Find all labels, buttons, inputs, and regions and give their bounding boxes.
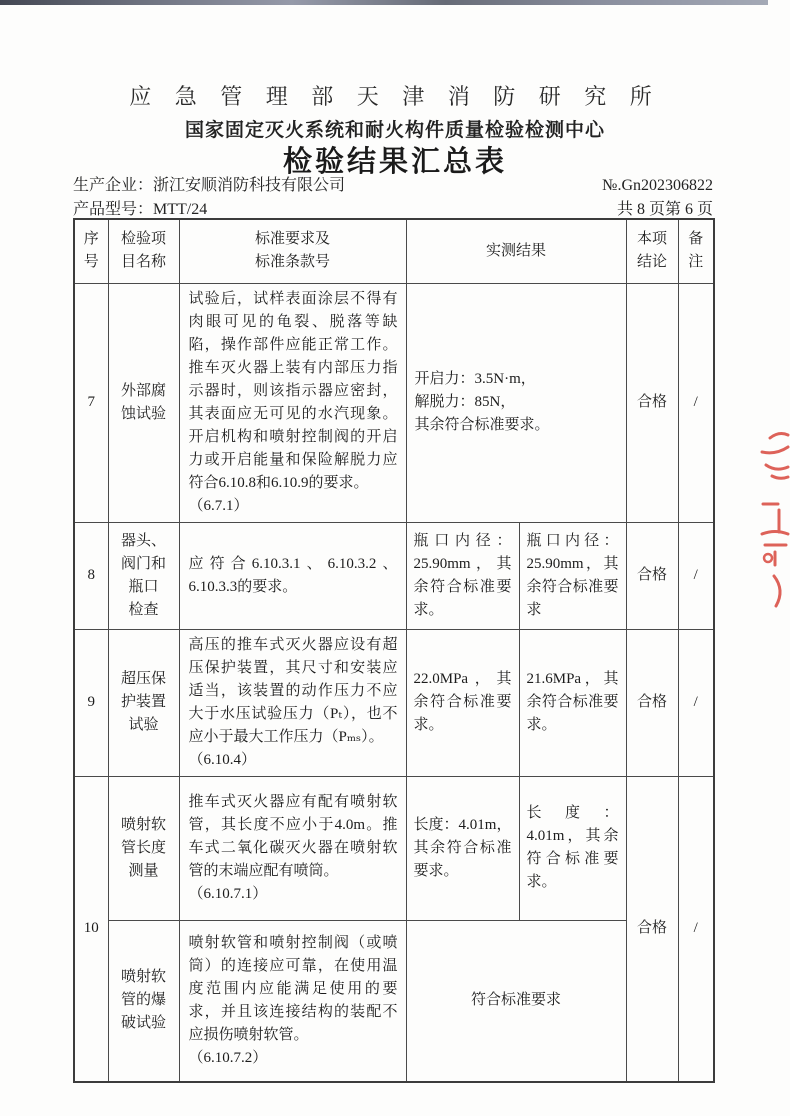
row10a-result-1: 长度：4.01m，其余符合标准要求。 xyxy=(406,776,519,920)
row9-item: 超压保 护装置 试验 xyxy=(108,629,179,776)
row7-result: 开启力：3.5N·m， 解脱力：85N， 其余符合标准要求。 xyxy=(406,283,626,522)
info-line-model: 产品型号：MTT/24 共 8 页第 6 页 xyxy=(73,196,713,219)
header-seq: 序 号 xyxy=(74,219,108,283)
table-row-10a: 10 喷射软 管长度 测量 推车式灭火器应有配有喷射软管，其长度不应小于4.0m… xyxy=(74,776,714,920)
row10a-standard: 推车式灭火器应有配有喷射软管，其长度不应小于4.0m。推车式二氧化碳灭火器在喷射… xyxy=(179,776,406,920)
manufacturer-value: 浙江安顺消防科技有限公司 xyxy=(153,177,345,194)
header-remark: 备 注 xyxy=(678,219,714,283)
scan-edge-artifact xyxy=(0,0,768,5)
model-field: 产品型号：MTT/24 xyxy=(73,196,207,219)
header-conclusion: 本项 结论 xyxy=(626,219,678,283)
row7-remark: / xyxy=(678,283,714,522)
table-row-10b: 喷射软 管的爆 破试验 喷射软管和喷射控制阀（或喷筒）的连接应可靠，在使用温度范… xyxy=(74,920,714,1082)
row7-standard: 试验后，试样表面涂层不得有肉眼可见的龟裂、脱落等缺陷，操作部件应能正常工作。推车… xyxy=(179,283,406,522)
row9-result-1: 22.0MPa，其余符合标准要求。 xyxy=(406,629,519,776)
header-result: 实测结果 xyxy=(406,219,626,283)
row8-result-1: 瓶口内径：25.90mm，其余符合标准要求。 xyxy=(406,522,519,629)
row8-result-2: 瓶口内径：25.90mm，其余符合标准要求 xyxy=(519,522,626,629)
table-row-7: 7 外部腐 蚀试验 试验后，试样表面涂层不得有肉眼可见的龟裂、脱落等缺陷，操作部… xyxy=(74,283,714,522)
row9-result-2: 21.6MPa，其余符合标准要求。 xyxy=(519,629,626,776)
row7-seq: 7 xyxy=(74,283,108,522)
model-value: MTT/24 xyxy=(153,201,207,218)
row8-standard: 应符合6.10.3.1、6.10.3.2、6.10.3.3的要求。 xyxy=(179,522,406,629)
row8-conclusion: 合格 xyxy=(626,522,678,629)
table-row-8: 8 器头、 阀门和 瓶口 检查 应符合6.10.3.1、6.10.3.2、6.1… xyxy=(74,522,714,629)
row10-conclusion: 合格 xyxy=(626,776,678,1082)
row8-item: 器头、 阀门和 瓶口 检查 xyxy=(108,522,179,629)
row10-seq: 10 xyxy=(74,776,108,1082)
row9-conclusion: 合格 xyxy=(626,629,678,776)
red-seal-fragment-icon xyxy=(748,424,790,614)
table-header-row: 序 号 检验项 目名称 标准要求及 标准条款号 实测结果 本项 结论 备 注 xyxy=(74,219,714,283)
model-label: 产品型号： xyxy=(73,201,153,218)
row9-standard: 高压的推车式灭火器应设有超压保护装置，其尺寸和安装应适当，该装置的动作压力不应大… xyxy=(179,629,406,776)
row10b-result: 符合标准要求 xyxy=(406,920,626,1082)
header-item: 检验项 目名称 xyxy=(108,219,179,283)
inspection-results-table: 序 号 检验项 目名称 标准要求及 标准条款号 实测结果 本项 结论 备 注 7… xyxy=(73,218,715,1083)
table-row-9: 9 超压保 护装置 试验 高压的推车式灭火器应设有超压保护装置，其尺寸和安装应适… xyxy=(74,629,714,776)
manufacturer-field: 生产企业：浙江安顺消防科技有限公司 xyxy=(73,172,345,195)
row10a-item: 喷射软 管长度 测量 xyxy=(108,776,179,920)
row10b-standard: 喷射软管和喷射控制阀（或喷筒）的连接应可靠，在使用温度范围内应能满足使用的要求，… xyxy=(179,920,406,1082)
info-line-manufacturer: 生产企业：浙江安顺消防科技有限公司 №.Gn202306822 xyxy=(73,172,713,195)
row8-seq: 8 xyxy=(74,522,108,629)
page-count: 共 8 页第 6 页 xyxy=(617,196,713,219)
row9-seq: 9 xyxy=(74,629,108,776)
row8-remark: / xyxy=(678,522,714,629)
document-page: 应 急 管 理 部 天 津 消 防 研 究 所 国家固定灭火系统和耐火构件质量检… xyxy=(0,0,790,1116)
manufacturer-label: 生产企业： xyxy=(73,177,153,194)
row7-item: 外部腐 蚀试验 xyxy=(108,283,179,522)
report-number: №.Gn202306822 xyxy=(602,177,713,195)
row9-remark: / xyxy=(678,629,714,776)
center-name: 国家固定灭火系统和耐火构件质量检验检测中心 xyxy=(0,115,790,142)
header-standard: 标准要求及 标准条款号 xyxy=(179,219,406,283)
row10a-result-2: 长度：4.01m，其余符合标准要求。 xyxy=(519,776,626,920)
org-title: 应 急 管 理 部 天 津 消 防 研 究 所 xyxy=(0,80,790,111)
row10-remark: / xyxy=(678,776,714,1082)
row7-conclusion: 合格 xyxy=(626,283,678,522)
row10b-item: 喷射软 管的爆 破试验 xyxy=(108,920,179,1082)
